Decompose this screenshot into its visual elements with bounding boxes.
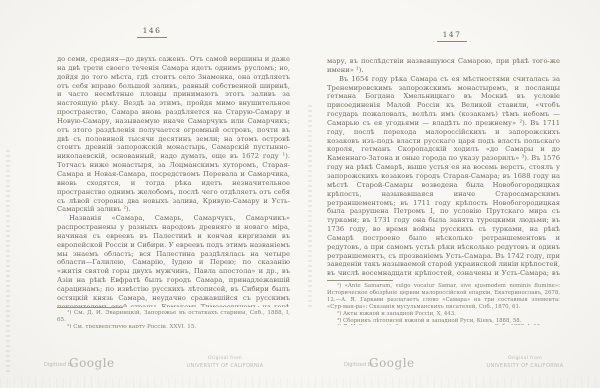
library-watermark: Original from UNIVERSITY OF CALIFORNIA <box>180 356 270 370</box>
header-rule <box>437 41 467 42</box>
page-146: 146 до семи, средняя—до двухъ саженъ. От… <box>0 0 300 388</box>
page-147: 147 мару, въ послѣдствіи назвавшуюся Сам… <box>300 0 600 388</box>
paragraph: Въ 1654 году рѣка Самара съ ея мѣстностя… <box>327 75 560 277</box>
footnotes-block: ¹) См. Д. И. Эварницкій, Запорожье въ ос… <box>57 310 290 328</box>
paragraph: до семи, средняя—до двухъ саженъ. Отъ са… <box>57 55 290 214</box>
footnote: ¹) «Ante Samaram, vulgo vocatur Samar, s… <box>327 283 560 311</box>
footnote: ²) См. трехверстную карту Россіи, XXVI, … <box>57 324 290 328</box>
scanned-book-spread: 146 до семи, средняя—до двухъ саженъ. От… <box>0 0 600 388</box>
footnote-separator <box>57 307 123 308</box>
page-number-text: 147 <box>443 30 462 39</box>
footnote: ⁴) Д. И. Эварницкій, Запорожье въ остатк… <box>327 324 560 325</box>
footnote: ²) Акты южной и западной Россіи, X, 443. <box>327 311 560 318</box>
footnote: ¹) См. Д. И. Эварницкій, Запорожье въ ос… <box>57 310 290 324</box>
body-text-block: до семи, средняя—до двухъ саженъ. Отъ са… <box>57 55 290 307</box>
page-number-header: 147 <box>357 31 547 42</box>
page-number-header: 146 <box>57 27 247 38</box>
paragraph: мару, въ послѣдствіи назвавшуюся Самарою… <box>327 57 560 75</box>
header-rule <box>137 37 167 38</box>
footnote-separator <box>327 280 393 281</box>
bleed-through-strip <box>6 150 10 375</box>
original-from-label: Original from <box>508 356 542 361</box>
body-text-block: мару, въ послѣдствіи назвавшуюся Самарою… <box>327 57 560 277</box>
paragraph: Названія «Самара, Самарь, Самарчукъ, Сам… <box>57 214 290 307</box>
page-number-text: 146 <box>143 26 162 35</box>
footnotes-block: ¹) «Ante Samaram, vulgo vocatur Samar, s… <box>327 283 560 325</box>
library-watermark: Original from UNIVERSITY OF CALIFORNIA <box>480 356 570 370</box>
google-watermark-logo: Google <box>369 356 415 370</box>
scan-edge-noise <box>0 378 600 388</box>
bleed-through-strip <box>308 105 312 310</box>
library-name-label: UNIVERSITY OF CALIFORNIA <box>187 363 264 369</box>
google-watermark-logo: Google <box>69 356 115 370</box>
library-name-label: UNIVERSITY OF CALIFORNIA <box>487 363 564 369</box>
original-from-label: Original from <box>208 356 242 361</box>
